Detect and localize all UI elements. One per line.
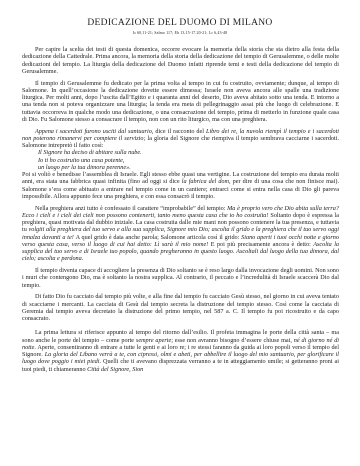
verse-line: Il Signore ha deciso di abitare sulla nu… [38, 149, 339, 156]
verse-block: Il Signore ha deciso di abitare sulla nu… [38, 149, 339, 171]
text-run: Appena i sacerdoti furono usciti dal san… [35, 128, 155, 135]
document-page: DEDICAZIONE DEL DUOMO DI MILANO Is 60,11… [0, 0, 360, 466]
document-body: Per capire la scelta dei testi di questa… [22, 46, 339, 373]
text-run: E poi più precisamente ancora è detto: [211, 241, 314, 248]
text-run: ; esse non avranno bisogno d’essere chiu… [171, 337, 294, 344]
text-run: la fabrica del dom [182, 178, 229, 185]
text-run: Nella preghiera anzi tutto è confessato … [35, 205, 227, 212]
text-run: Il tempio di Gerusalemme fu dedicato per… [22, 80, 339, 123]
scripture-references: Is 60,11-21; Salmo 117; Eb 13,15-17.20-2… [0, 30, 360, 35]
verse-line: Io ti ho costruito una casa potente, [38, 157, 339, 164]
text-run: Città del Signore, Sion [87, 366, 143, 373]
paragraph: Il tempio diventa capace di accogliere l… [22, 267, 339, 289]
text-run: dice il racconto del [155, 128, 206, 135]
text-run: Il tempio diventa capace di accogliere l… [22, 267, 339, 289]
paragraph: Nella preghiera anzi tutto è confessato … [22, 205, 339, 263]
paragraph: Di fatto Dio fu cacciato dal tempio più … [22, 293, 339, 322]
page-title: DEDICAZIONE DEL DUOMO DI MILANO [20, 18, 340, 28]
text-run: Per capire la scelta dei testi di questa… [22, 46, 339, 75]
paragraph: Poi si voltò e benedisse l’assemblea di … [22, 171, 339, 200]
text-run: A quel grido è data anche parola; Salomo… [76, 234, 242, 241]
text-run: Di fatto Dio fu cacciato dal tempio più … [22, 293, 339, 322]
paragraph: Appena i sacerdoti furono usciti dal san… [22, 128, 339, 150]
paragraph: Per capire la scelta dei testi di questa… [22, 46, 339, 75]
paragraph: La prima lettura si riferisce appunto al… [22, 329, 339, 373]
paragraph: Il tempio di Gerusalemme fu dedicato per… [22, 80, 339, 124]
text-run: sempre aperte [136, 337, 171, 344]
verse-line: un luogo per la tua dimora perenne». [38, 164, 339, 171]
